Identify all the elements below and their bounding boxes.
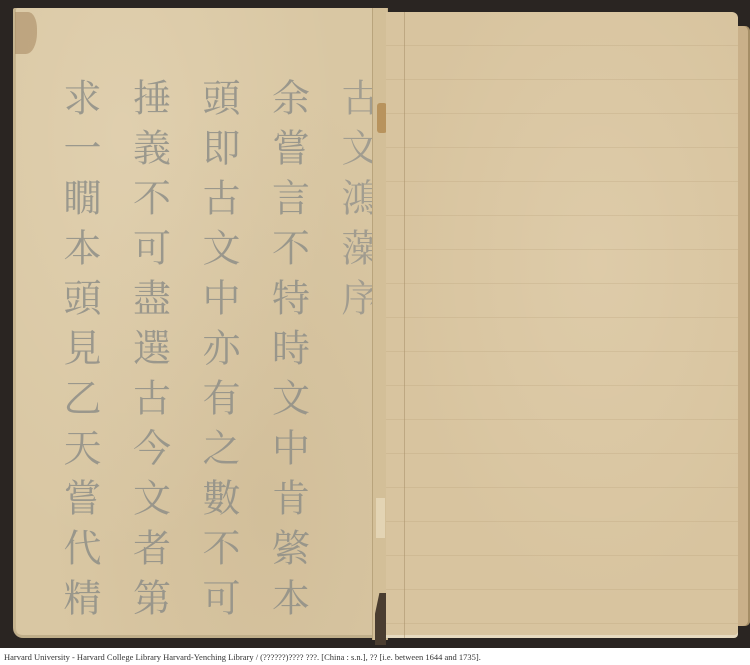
- binding-tear-bottom: [375, 593, 386, 645]
- vertical-text-block: 古文鴻藻序 余嘗言不特時文中肯綮本 頭即古文中亦有之數不可 捶義不可盡選古今文者…: [53, 78, 383, 638]
- corner-stain: [15, 12, 37, 54]
- text-column-2: 頭即古文中亦有之數不可: [192, 78, 244, 638]
- library-citation-caption: Harvard University - Harvard College Lib…: [4, 651, 746, 663]
- page-edge: [738, 26, 750, 626]
- binding-patch: [376, 498, 385, 538]
- text-column-4: 求一瞯本頭見乙天嘗代精: [53, 78, 105, 638]
- left-page: 古文鴻藻序 余嘗言不特時文中肯綮本 頭即古文中亦有之數不可 捶義不可盡選古今文者…: [13, 8, 377, 638]
- margin-rule: [404, 12, 405, 638]
- text-column-1: 余嘗言不特時文中肯綮本: [262, 78, 314, 638]
- scanned-book-image: 古文鴻藻序 余嘗言不特時文中肯綮本 頭即古文中亦有之數不可 捶義不可盡選古今文者…: [0, 0, 750, 648]
- right-page-blank: [386, 12, 738, 638]
- text-column-3: 捶義不可盡選古今文者第: [123, 78, 175, 638]
